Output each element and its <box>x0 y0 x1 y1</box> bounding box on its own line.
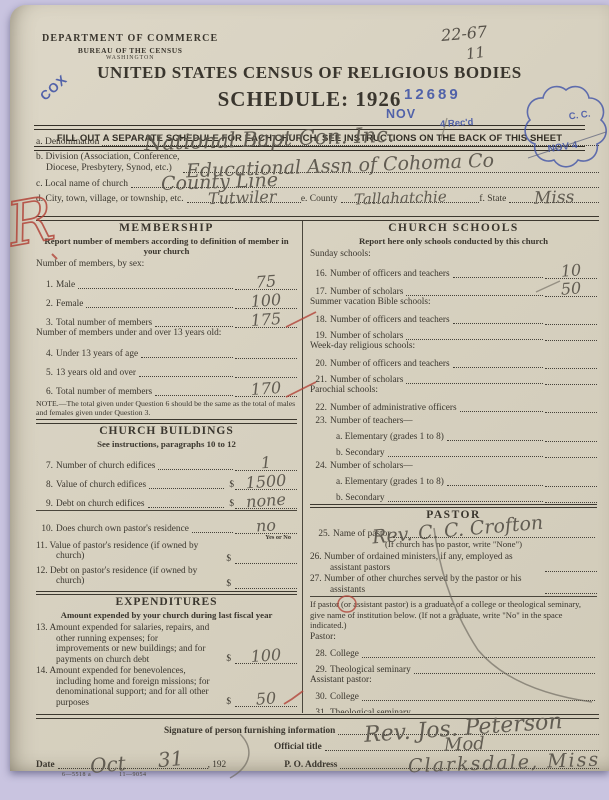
schools-heading: CHURCH SCHOOLS <box>310 222 597 236</box>
q19-number: 19. <box>310 331 327 341</box>
q23b-label: b. Secondary <box>336 448 385 458</box>
q29-row: 29. Theological seminary <box>310 659 597 675</box>
q23a-label: a. Elementary (grades 1 to 8) <box>336 432 444 442</box>
q3-answer-line: 175 <box>235 316 297 328</box>
q7-number: 7. <box>36 461 53 471</box>
q3-total-row: 3. Total number of members 175 <box>36 309 297 328</box>
date-line <box>58 766 208 769</box>
q23b-answer-line <box>545 446 597 458</box>
field-division: b. Division (Association, Conference, Di… <box>36 152 599 174</box>
q19-answer-line <box>545 329 597 341</box>
field-denomination-line <box>102 143 599 146</box>
q27-grad-divider <box>310 596 597 597</box>
expenditures-heading: EXPENDITURES <box>36 596 297 610</box>
q13-dollar-sign: $ <box>226 654 231 665</box>
field-denomination-label: a. Denomination <box>36 137 99 147</box>
q9-value: none <box>246 491 287 510</box>
q19-row: 19. Number of scholars <box>310 325 597 341</box>
q28-label: College <box>330 649 359 659</box>
membership-group-age: Number of members under and over 13 year… <box>36 328 297 340</box>
field-state-line <box>509 200 599 203</box>
q25-label: Name of pastor <box>333 529 390 539</box>
q10-leader <box>192 532 233 533</box>
pastor-heading: PASTOR <box>310 509 597 523</box>
q4-leader <box>141 357 233 358</box>
field-division-label-line2: Diocese, Presbytery, Synod, etc.) <box>36 163 180 174</box>
q14-label: Amount expended for benevolences, includ… <box>49 666 209 708</box>
q11-answer-line <box>235 552 297 564</box>
banner-rule-top <box>34 125 585 130</box>
q17-leader <box>406 295 543 296</box>
q11-number: 11. <box>36 541 47 551</box>
field-state-label: f. State <box>479 194 506 204</box>
q24a-answer-line <box>545 475 597 487</box>
q24b-row: b. Secondary <box>310 487 597 503</box>
expenditures-subheading: Amount expended by your church during la… <box>40 611 293 621</box>
census-form-paper: DEPARTMENT OF COMMERCE BUREAU OF THE CEN… <box>10 5 609 771</box>
q8-answer-line: 1500 <box>235 478 297 490</box>
schools-subheading: Report here only schools conducted by th… <box>314 237 593 247</box>
q4-label: Under 13 years of age <box>56 349 138 359</box>
q6-leader <box>155 395 233 396</box>
q24-row: 24. Number of scholars— <box>310 458 597 471</box>
q25-number: 25. <box>310 529 330 539</box>
q22-label: Number of administrative officers <box>330 403 457 413</box>
q1-label: Male <box>56 280 75 290</box>
field-city-value: Tutwiler <box>208 189 277 207</box>
membership-heading: MEMBERSHIP <box>36 222 297 236</box>
field-division-label-line1: b. Division (Association, Conference, <box>36 152 180 163</box>
q18-label: Number of officers and teachers <box>330 315 450 325</box>
fields-bottom-rule <box>36 216 599 221</box>
q2-value: 100 <box>250 292 282 310</box>
field-local-name: c. Local name of church County Line <box>36 179 599 189</box>
q18-leader <box>453 323 543 324</box>
field-division-line <box>183 170 599 173</box>
q19-leader <box>406 339 543 340</box>
q30-number: 30. <box>310 692 327 702</box>
q16-leader <box>453 277 543 278</box>
q20-label: Number of officers and teachers <box>330 359 450 369</box>
q7-leader <box>158 469 233 470</box>
q24a-leader <box>447 485 543 486</box>
q1-value: 75 <box>255 273 276 290</box>
q20-number: 20. <box>310 359 327 369</box>
form-title: UNITED STATES CENSUS OF RELIGIOUS BODIES <box>10 63 609 83</box>
q10-label: Does church own pastor's residence <box>56 524 189 534</box>
q14-dollar-sign: $ <box>226 697 231 708</box>
q27-row: 27. Number of other churches served by t… <box>310 574 597 595</box>
official-title-line <box>325 748 599 751</box>
q9-leader <box>148 507 225 508</box>
q23a-leader <box>447 440 543 441</box>
q20-answer-line <box>545 357 597 369</box>
q24b-label: b. Secondary <box>336 493 385 503</box>
schools-group-weekday: Week-day religious schools: <box>310 341 597 353</box>
q8-value: 1500 <box>245 472 287 491</box>
date-suffix: , 192 <box>208 760 227 770</box>
q21-answer-line <box>545 373 597 385</box>
q23-number: 23. <box>310 416 327 426</box>
form-number-left: 6—5518 a <box>62 772 91 778</box>
membership-subheading: Report number of members according to de… <box>40 237 293 257</box>
q24-number: 24. <box>310 461 327 471</box>
q1-answer-line: 75 <box>235 278 297 290</box>
q12-answer-line <box>235 577 297 589</box>
q22-number: 22. <box>310 403 327 413</box>
q27-answer-line <box>545 582 597 594</box>
left-column: MEMBERSHIP Report number of members acco… <box>36 221 303 713</box>
right-column: CHURCH SCHOOLS Report here only schools … <box>303 221 597 713</box>
field-local-name-label: c. Local name of church <box>36 179 128 189</box>
q8-value-row: 8. Value of church edifices $ 1500 <box>36 471 297 490</box>
q30-row: 30. College <box>310 686 597 702</box>
q2-number: 2. <box>36 299 53 309</box>
schools-group-parochial: Parochial schools: <box>310 385 597 397</box>
q17-answer-line: 50 <box>545 285 597 297</box>
q5-over13-row: 5. 13 years old and over <box>36 359 297 378</box>
field-county-line <box>341 200 480 203</box>
q12-label: Debt on pastor's residence (if owned by … <box>50 566 197 587</box>
field-local-name-value: County Line <box>161 171 279 194</box>
q26-number: 26. <box>310 552 322 562</box>
field-division-value: Educational Assn of Cohoma Co <box>186 151 495 181</box>
q12-number: 12. <box>36 566 48 576</box>
q28-number: 28. <box>310 649 327 659</box>
q8-dollar-sign: $ <box>229 480 234 490</box>
q16-answer-line: 10 <box>545 267 597 279</box>
field-local-name-line <box>131 185 599 188</box>
q29-leader <box>414 673 595 674</box>
q5-answer-line <box>235 366 297 378</box>
membership-group-sex: Number of members, by sex: <box>36 259 297 271</box>
q22-leader <box>460 411 543 412</box>
field-county-value: Tallahatchie <box>354 189 447 207</box>
q14-answer-line: 50 <box>235 695 297 707</box>
expenditures-top-rule <box>36 591 297 596</box>
q1-leader <box>78 288 233 289</box>
q23a-answer-line <box>545 430 597 442</box>
q26-row: 26. Number of ordained ministers, if any… <box>310 552 597 573</box>
q9-dollar-sign: $ <box>229 499 234 509</box>
q13-running-expenses-row: 13. Amount expended for salaries, repair… <box>36 623 297 665</box>
q25-row: 25. Name of pastor Rev. C. C. Crofton <box>310 523 597 539</box>
q6-answer-line: 170 <box>235 385 297 397</box>
q10-yes-or-no: Yes or No <box>265 534 291 541</box>
buildings-top-rule <box>36 419 297 424</box>
q17-value: 50 <box>560 280 581 297</box>
q10-number: 10. <box>36 524 53 534</box>
signature-label: Signature of person furnishing informati… <box>164 726 335 736</box>
field-denomination: a. Denomination National Bapt Con. Inc. <box>36 137 599 147</box>
q11-residence-value-row: 11. Value of pastor's residence (if owne… <box>36 541 297 565</box>
q14-number: 14. <box>36 666 48 676</box>
assistant-subgroup-label: Assistant pastor: <box>310 675 597 686</box>
q29-label: Theological seminary <box>330 665 411 675</box>
q20-row: 20. Number of officers and teachers <box>310 353 597 369</box>
q25-leader <box>393 537 595 538</box>
q2-answer-line: 100 <box>235 297 297 309</box>
q27-number: 27. <box>310 574 322 584</box>
q3-label: Total number of members <box>56 318 152 328</box>
scanned-census-form-photo: { "header": { "dept": "DEPARTMENT OF COM… <box>0 0 609 800</box>
q22-answer-line <box>545 401 597 413</box>
q4-answer-line <box>235 347 297 359</box>
identification-fields: a. Denomination National Bapt Con. Inc. … <box>36 137 599 209</box>
q17-row: 17. Number of scholars 50 <box>310 279 597 297</box>
signature-line <box>338 732 599 735</box>
q10-value: no <box>255 517 276 534</box>
official-title-row: Official title Mod <box>274 736 599 752</box>
graduate-note: If pastor (or assistant pastor) is a gra… <box>310 599 597 630</box>
q13-label: Amount expended for salaries, repairs, a… <box>49 623 209 665</box>
q18-answer-line <box>545 313 597 325</box>
q24a-row: a. Elementary (grades 1 to 8) <box>310 471 597 487</box>
q23-row: 23. Number of teachers— <box>310 413 597 426</box>
q21-leader <box>406 383 543 384</box>
q2-female-row: 2. Female 100 <box>36 290 297 309</box>
q4-number: 4. <box>36 349 53 359</box>
pastor-top-rule <box>310 504 597 509</box>
q1-male-row: 1. Male 75 <box>36 271 297 290</box>
q24b-leader <box>388 501 543 502</box>
form-schedule-title: SCHEDULE: 1926 <box>10 87 609 112</box>
q22-row: 22. Number of administrative officers <box>310 397 597 413</box>
official-title-label: Official title <box>274 742 322 752</box>
po-address-line <box>340 766 599 769</box>
field-division-label: b. Division (Association, Conference, Di… <box>36 152 180 174</box>
q9-debt-row: 9. Debt on church edifices $ none <box>36 490 297 509</box>
q28-row: 28. College <box>310 643 597 659</box>
signature-row: Signature of person furnishing informati… <box>164 720 599 736</box>
q31-row: 31. Theological seminary <box>310 702 597 713</box>
field-city-county-state: d. City, town, village, or township, etc… <box>36 194 599 204</box>
schools-group-sunday: Sunday schools: <box>310 249 597 261</box>
q11-label: Value of pastor's residence (if owned by… <box>49 541 198 562</box>
q5-label: 13 years old and over <box>56 368 136 378</box>
q3-leader <box>155 326 233 327</box>
q24b-answer-line <box>545 491 597 503</box>
q9-q10-divider <box>36 510 297 511</box>
q9-answer-line: none <box>235 497 297 509</box>
q5-number: 5. <box>36 368 53 378</box>
q21-label: Number of scholars <box>330 375 403 385</box>
form-number-row: 6—5518 a 11—9054 <box>36 772 599 778</box>
q25-none-note: (If church has no pastor, write "None") <box>314 540 593 550</box>
date-address-row: Date , 192 P. O. Address Oct 31 Clarksda… <box>36 752 599 770</box>
q1-number: 1. <box>36 280 53 290</box>
signature-block: Signature of person furnishing informati… <box>36 713 599 778</box>
q26-label: Number of ordained ministers, if any, em… <box>324 552 513 573</box>
q11-dollar-sign: $ <box>226 554 231 565</box>
agency-dept: DEPARTMENT OF COMMERCE <box>42 33 218 46</box>
q5-leader <box>139 376 233 377</box>
q18-row: 18. Number of officers and teachers <box>310 309 597 325</box>
buildings-subheading: See instructions, paragraphs 10 to 12 <box>40 440 293 450</box>
q7-value: 1 <box>260 454 271 471</box>
q27-label: Number of other churches served by the p… <box>324 574 522 595</box>
q12-dollar-sign: $ <box>226 579 231 590</box>
q6-label: Total number of members <box>56 387 152 397</box>
q20-leader <box>453 367 543 368</box>
q17-number: 17. <box>310 287 327 297</box>
q7-answer-line: 1 <box>235 459 297 471</box>
q8-number: 8. <box>36 480 53 490</box>
q14-benevolences-row: 14. Amount expended for benevolences, in… <box>36 666 297 708</box>
q29-number: 29. <box>310 665 327 675</box>
q16-row: 16. Number of officers and teachers 10 <box>310 261 597 279</box>
q3-number: 3. <box>36 318 53 328</box>
date-label: Date <box>36 760 55 770</box>
pastor-subgroup-label: Pastor: <box>310 632 597 643</box>
q10-answer-line: no <box>235 522 297 534</box>
agency-city: WASHINGTON <box>42 55 218 62</box>
q16-value: 10 <box>560 262 581 279</box>
footer-top-rule <box>36 714 599 719</box>
q6-value: 170 <box>250 380 282 398</box>
q13-answer-line: 100 <box>235 652 297 664</box>
q2-label: Female <box>56 299 83 309</box>
q6-total-row: 6. Total number of members 170 <box>36 378 297 397</box>
buildings-heading: CHURCH BUILDINGS <box>36 425 297 439</box>
q21-row: 21. Number of scholars <box>310 369 597 385</box>
q4-under13-row: 4. Under 13 years of age <box>36 340 297 359</box>
q18-number: 18. <box>310 315 327 325</box>
po-address-label: P. O. Address <box>284 760 337 770</box>
q30-label: College <box>330 692 359 702</box>
q6-number: 6. <box>36 387 53 397</box>
q26-answer-line <box>545 560 597 572</box>
field-state-value: Miss <box>534 189 575 207</box>
q17-label: Number of scholars <box>330 287 403 297</box>
form-columns: MEMBERSHIP Report number of members acco… <box>36 221 597 713</box>
q16-label: Number of officers and teachers <box>330 269 450 279</box>
field-county-label: e. County <box>301 194 338 204</box>
field-city-label: d. City, town, village, or township, etc… <box>36 194 184 204</box>
q10-residence-row: 10. Does church own pastor's residence n… <box>36 512 297 534</box>
schools-group-summer: Summer vacation Bible schools: <box>310 297 597 309</box>
membership-note: NOTE.—The total given under Question 6 s… <box>36 399 297 418</box>
q16-number: 16. <box>310 269 327 279</box>
q23b-leader <box>388 456 543 457</box>
q9-number: 9. <box>36 499 53 509</box>
q9-label: Debt on church edifices <box>56 499 145 509</box>
form-number-right: 11—9054 <box>119 772 146 778</box>
q24-label: Number of scholars— <box>330 461 413 471</box>
agency-block: DEPARTMENT OF COMMERCE BUREAU OF THE CEN… <box>42 33 218 62</box>
q21-number: 21. <box>310 375 327 385</box>
q12-residence-debt-row: 12. Debt on pastor's residence (if owned… <box>36 566 297 590</box>
q23-label: Number of teachers— <box>330 416 413 426</box>
q2-leader <box>86 307 233 308</box>
q23b-row: b. Secondary <box>310 442 597 458</box>
q13-number: 13. <box>36 623 48 633</box>
q30-leader <box>362 700 595 701</box>
q23a-row: a. Elementary (grades 1 to 8) <box>310 426 597 442</box>
q28-leader <box>362 657 595 658</box>
q3-value: 175 <box>250 311 282 329</box>
q7-label: Number of church edifices <box>56 461 155 471</box>
agency-bureau: BUREAU OF THE CENSUS <box>42 46 218 55</box>
q8-label: Value of church edifices <box>56 480 146 490</box>
q19-label: Number of scholars <box>330 331 403 341</box>
q8-leader <box>149 488 224 489</box>
field-city-line <box>187 200 301 203</box>
q7-edifices-row: 7. Number of church edifices 1 <box>36 452 297 471</box>
q24a-label: a. Elementary (grades 1 to 8) <box>336 477 444 487</box>
